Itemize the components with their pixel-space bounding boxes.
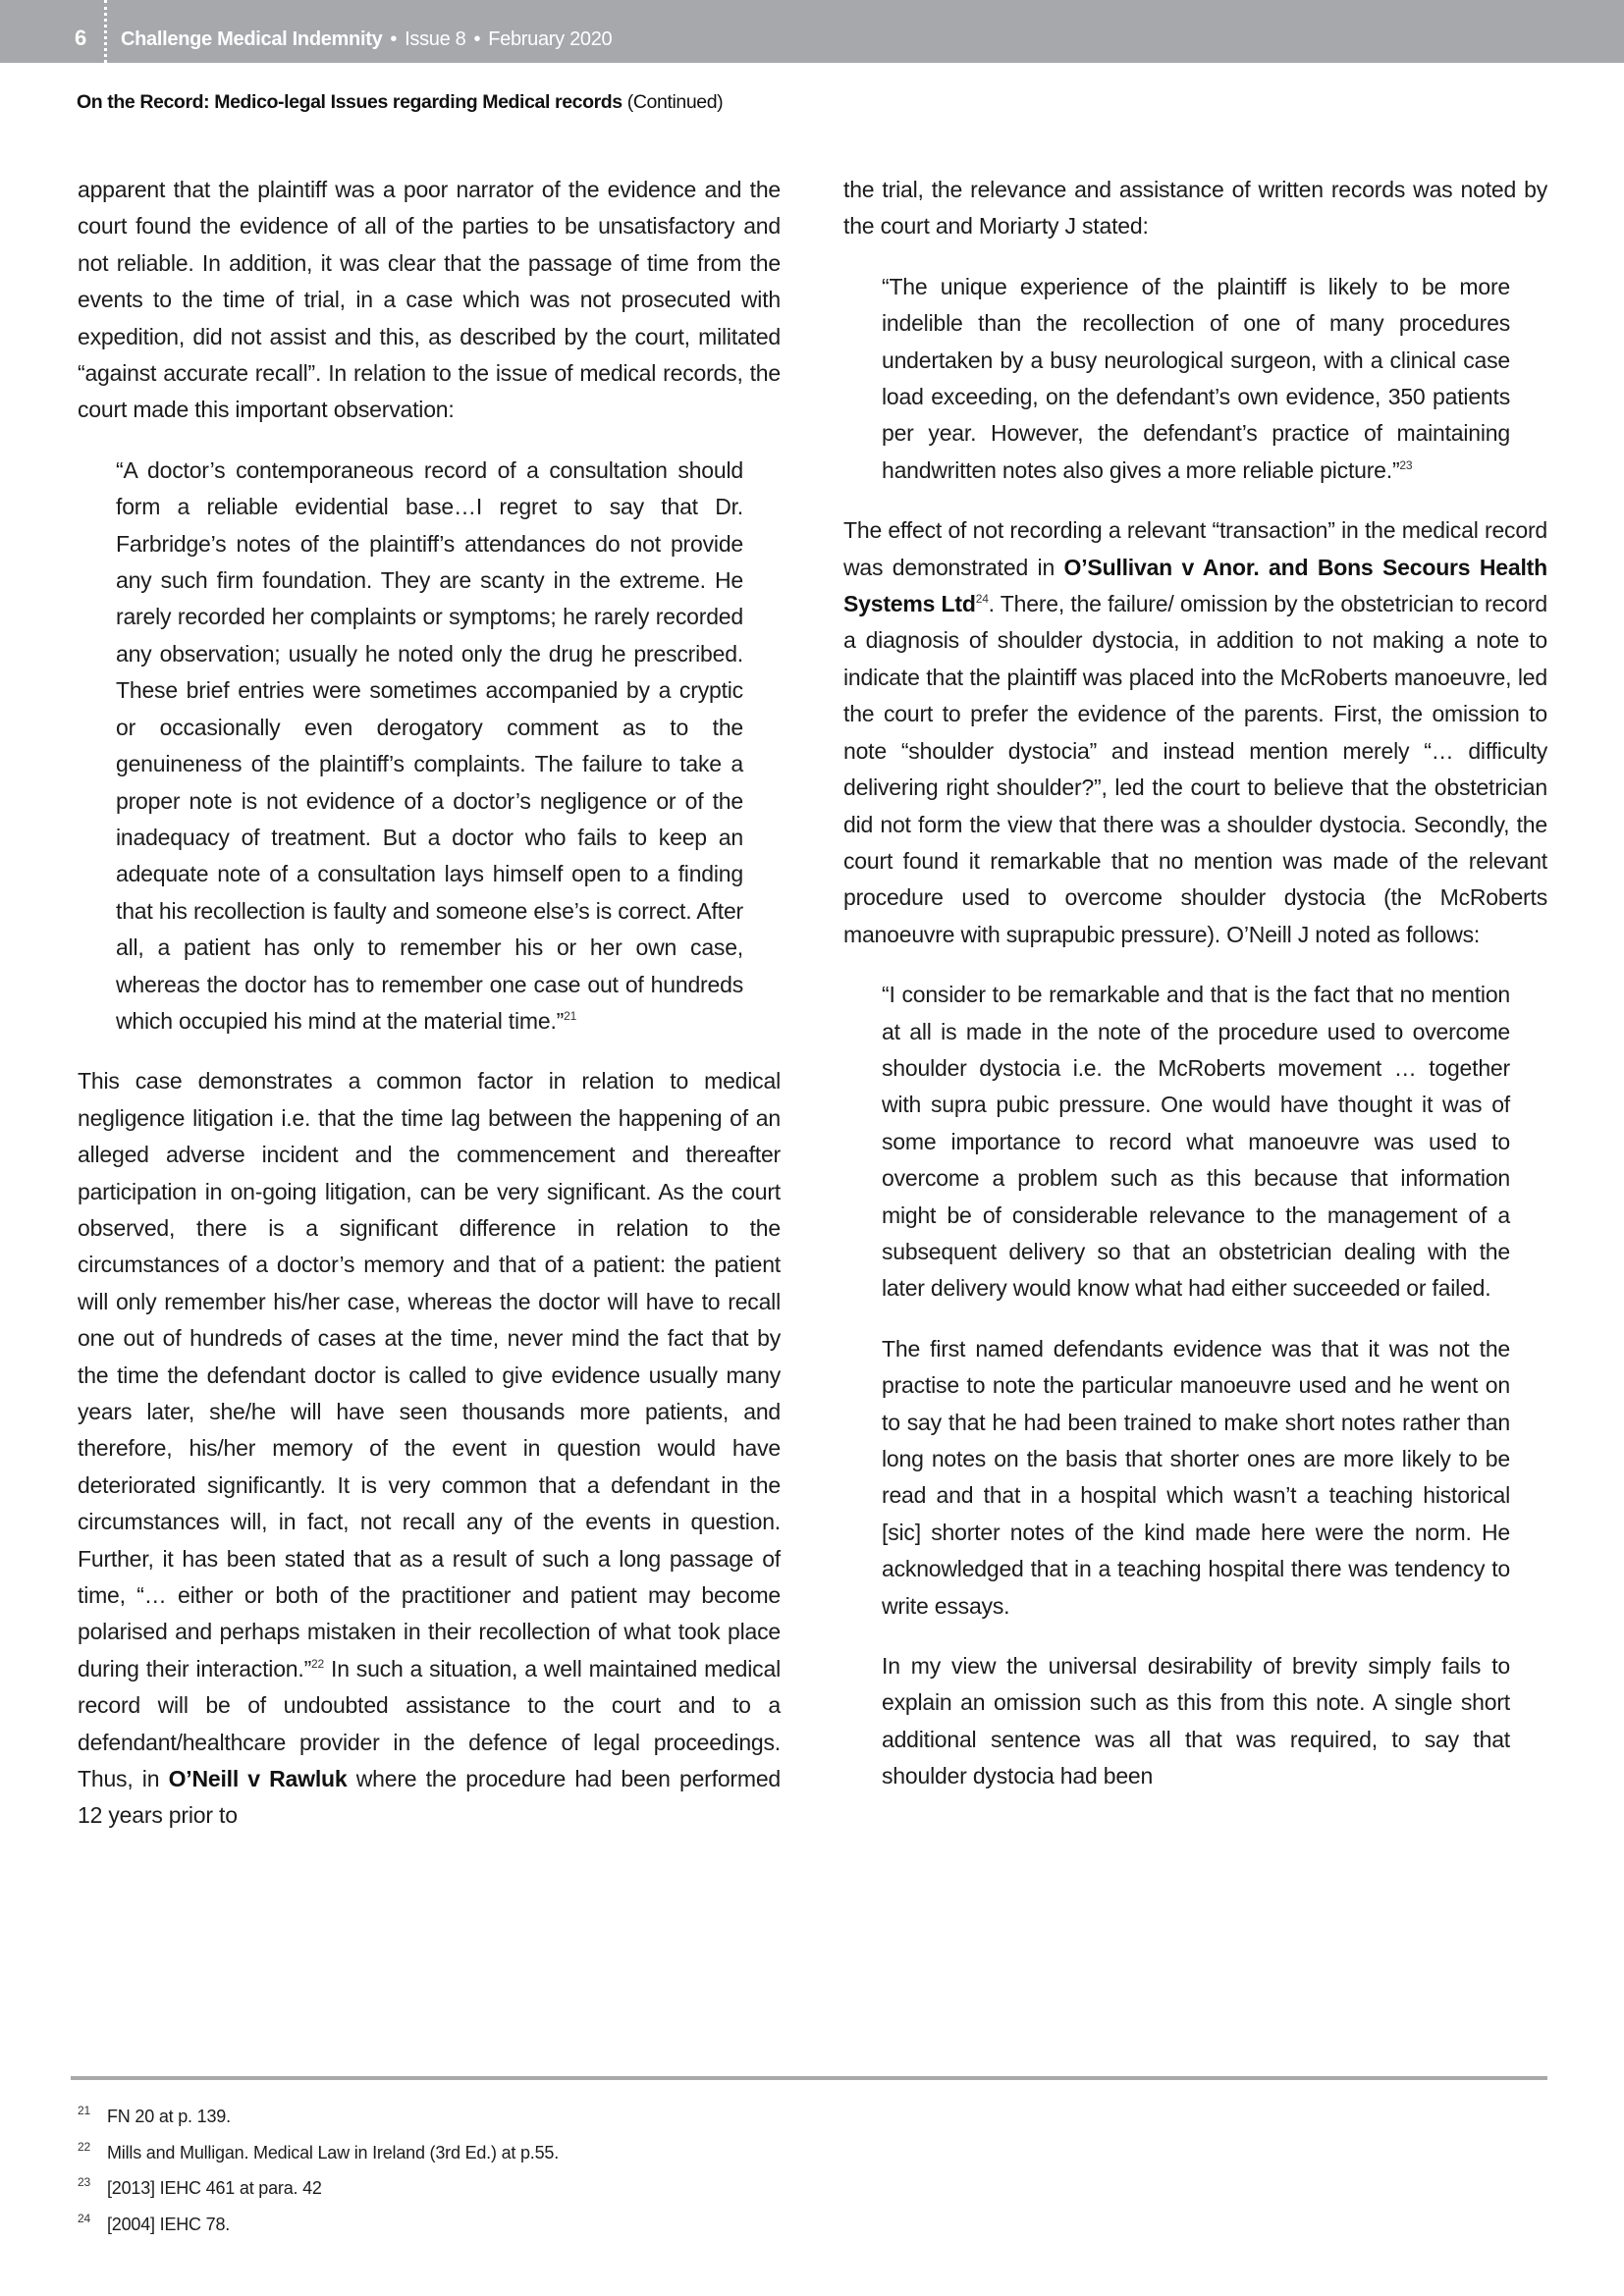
publication-name: Challenge Medical Indemnity: [121, 28, 382, 50]
footnote-ref[interactable]: 21: [564, 1009, 576, 1023]
quote-text: “A doctor’s contemporaneous record of a …: [116, 457, 743, 1034]
footnote-item: 24[2004] IEHC 78.: [78, 2207, 559, 2243]
article-title: On the Record: Medico-legal Issues regar…: [77, 89, 723, 115]
footnote-number: 24: [78, 2201, 90, 2237]
body-paragraph: This case demonstrates a common factor i…: [78, 1063, 781, 1835]
bullet-separator: •: [474, 28, 481, 50]
footnote-number: 23: [78, 2164, 90, 2201]
quote-text: “The unique experience of the plaintiff …: [882, 274, 1510, 483]
block-quote: “A doctor’s contemporaneous record of a …: [116, 453, 743, 1041]
issue-date: February 2020: [488, 28, 612, 50]
footnotes: 21FN 20 at p. 139. 22Mills and Mulligan.…: [78, 2099, 559, 2242]
left-column: apparent that the plaintiff was a poor n…: [78, 172, 781, 1835]
footnote-number: 21: [78, 2093, 90, 2129]
paragraph-text: . There, the failure/ omission by the ob…: [843, 591, 1547, 947]
bullet-separator: •: [390, 28, 397, 50]
body-paragraph: the trial, the relevance and assistance …: [843, 172, 1547, 245]
body-paragraph: apparent that the plaintiff was a poor n…: [78, 172, 781, 429]
body-paragraph: The effect of not recording a relevant “…: [843, 512, 1547, 953]
article-title-suffix: (Continued): [627, 91, 724, 113]
footnote-item: 22Mills and Mulligan. Medical Law in Ire…: [78, 2135, 559, 2171]
case-name: O’Neill v Rawluk: [169, 1766, 348, 1791]
publication-info: Challenge Medical Indemnity•Issue 8•Febr…: [121, 28, 612, 50]
issue-label: Issue 8: [405, 28, 465, 50]
footnote-text: [2013] IEHC 461 at para. 42: [107, 2178, 322, 2198]
footnote-item: 23[2013] IEHC 461 at para. 42: [78, 2170, 559, 2207]
footnote-ref[interactable]: 24: [976, 592, 989, 606]
footnote-item: 21FN 20 at p. 139.: [78, 2099, 559, 2135]
footnote-text: FN 20 at p. 139.: [107, 2107, 231, 2126]
footnote-ref[interactable]: 23: [1399, 458, 1412, 472]
footnote-text: Mills and Mulligan. Medical Law in Irela…: [107, 2143, 559, 2163]
page-number: 6: [75, 27, 86, 50]
footnote-divider: [71, 2076, 1547, 2080]
article-title-main: On the Record: Medico-legal Issues regar…: [77, 91, 623, 113]
block-quote: The first named defendants evidence was …: [882, 1331, 1510, 1625]
footnote-text: [2004] IEHC 78.: [107, 2215, 230, 2234]
dotted-separator: [104, 0, 107, 63]
right-column: the trial, the relevance and assistance …: [843, 172, 1547, 1795]
footnote-ref[interactable]: 22: [311, 1657, 324, 1671]
block-quote: In my view the universal desirability of…: [882, 1648, 1510, 1795]
block-quote: “I consider to be remarkable and that is…: [882, 977, 1510, 1308]
footnote-number: 22: [78, 2129, 90, 2165]
running-header: 6 Challenge Medical Indemnity•Issue 8•Fe…: [0, 0, 1624, 63]
paragraph-text: This case demonstrates a common factor i…: [78, 1068, 781, 1682]
block-quote: “The unique experience of the plaintiff …: [882, 269, 1510, 489]
